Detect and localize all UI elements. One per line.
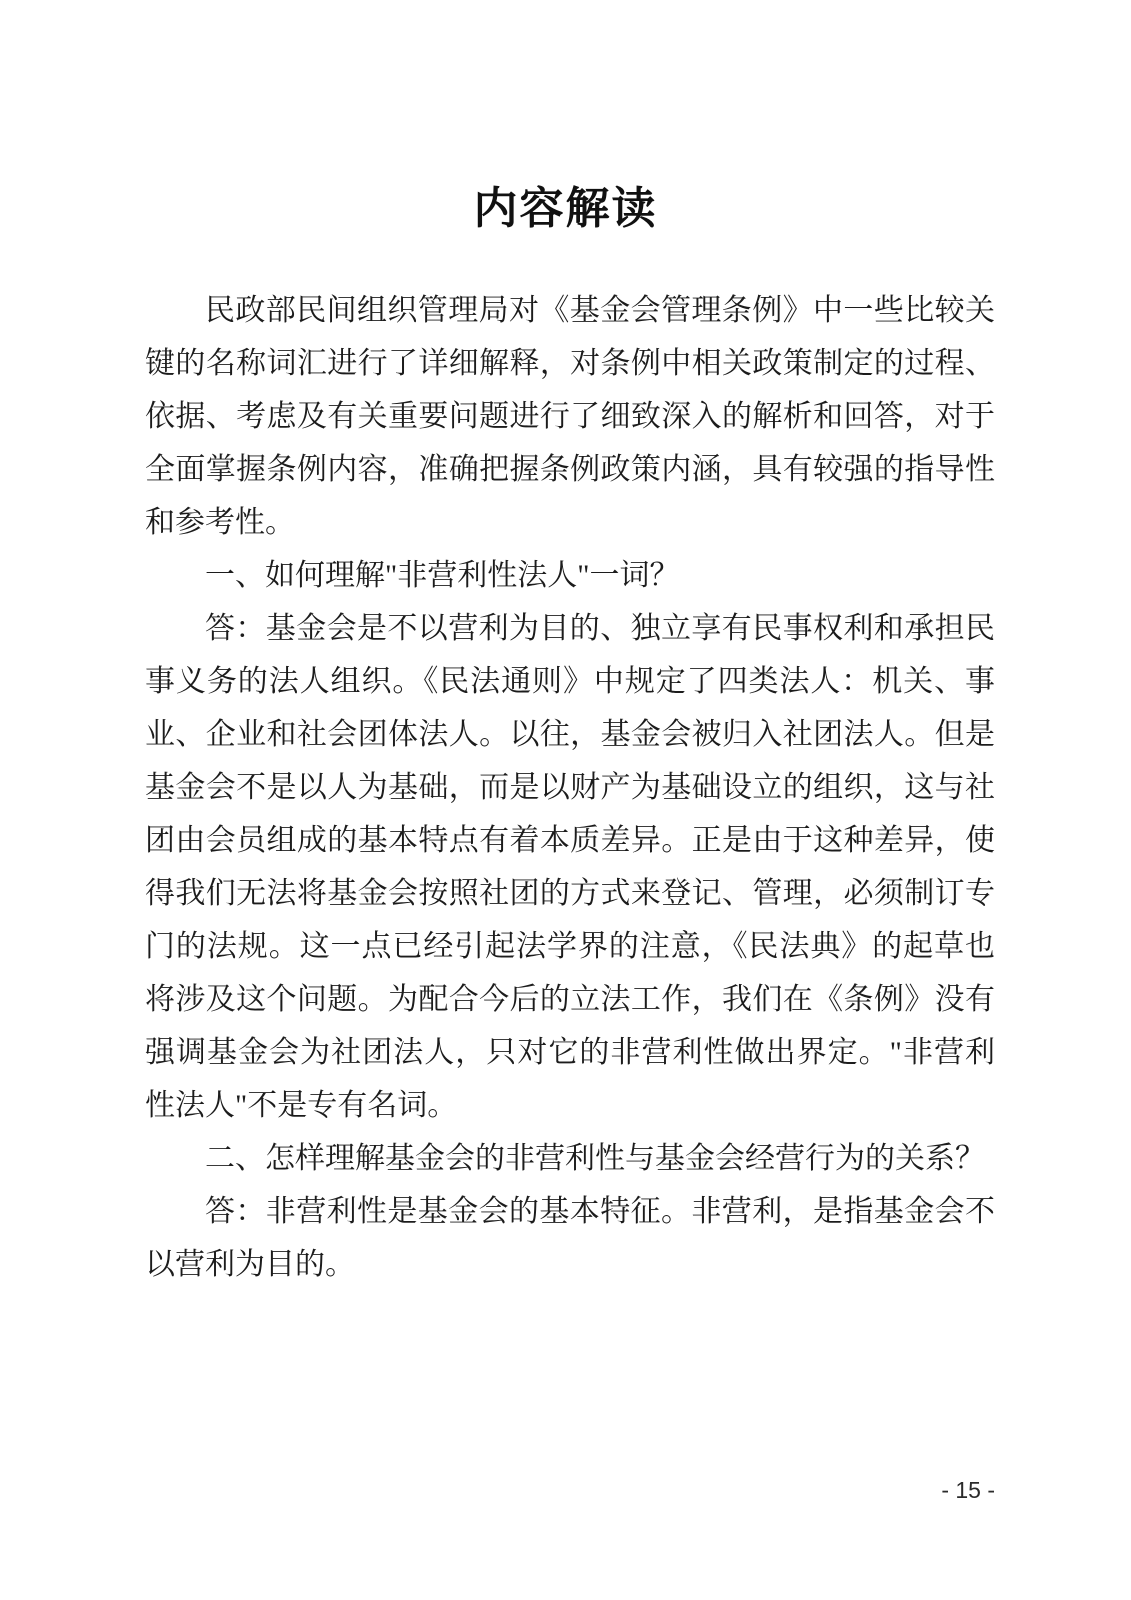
document-page: 内容解读 民政部民间组织管理局对《基金会管理条例》中一些比较关键的名称词汇进行了… [0, 0, 1131, 1600]
intro-paragraph: 民政部民间组织管理局对《基金会管理条例》中一些比较关键的名称词汇进行了详细解释，… [145, 284, 995, 549]
page-number: - 15 - [145, 1477, 995, 1504]
answer-1-paragraph: 答：基金会是不以营利为目的、独立享有民事权利和承担民事义务的法人组织。《民法通则… [145, 602, 995, 1132]
question-2-heading: 二、怎样理解基金会的非营利性与基金会经营行为的关系？ [145, 1132, 995, 1185]
page-title: 内容解读 [0, 183, 1131, 236]
document-body: 民政部民间组织管理局对《基金会管理条例》中一些比较关键的名称词汇进行了详细解释，… [145, 284, 995, 1291]
question-1-heading: 一、如何理解"非营利性法人"一词？ [145, 549, 995, 602]
answer-2-paragraph: 答：非营利性是基金会的基本特征。非营利，是指基金会不以营利为目的。 [145, 1185, 995, 1291]
